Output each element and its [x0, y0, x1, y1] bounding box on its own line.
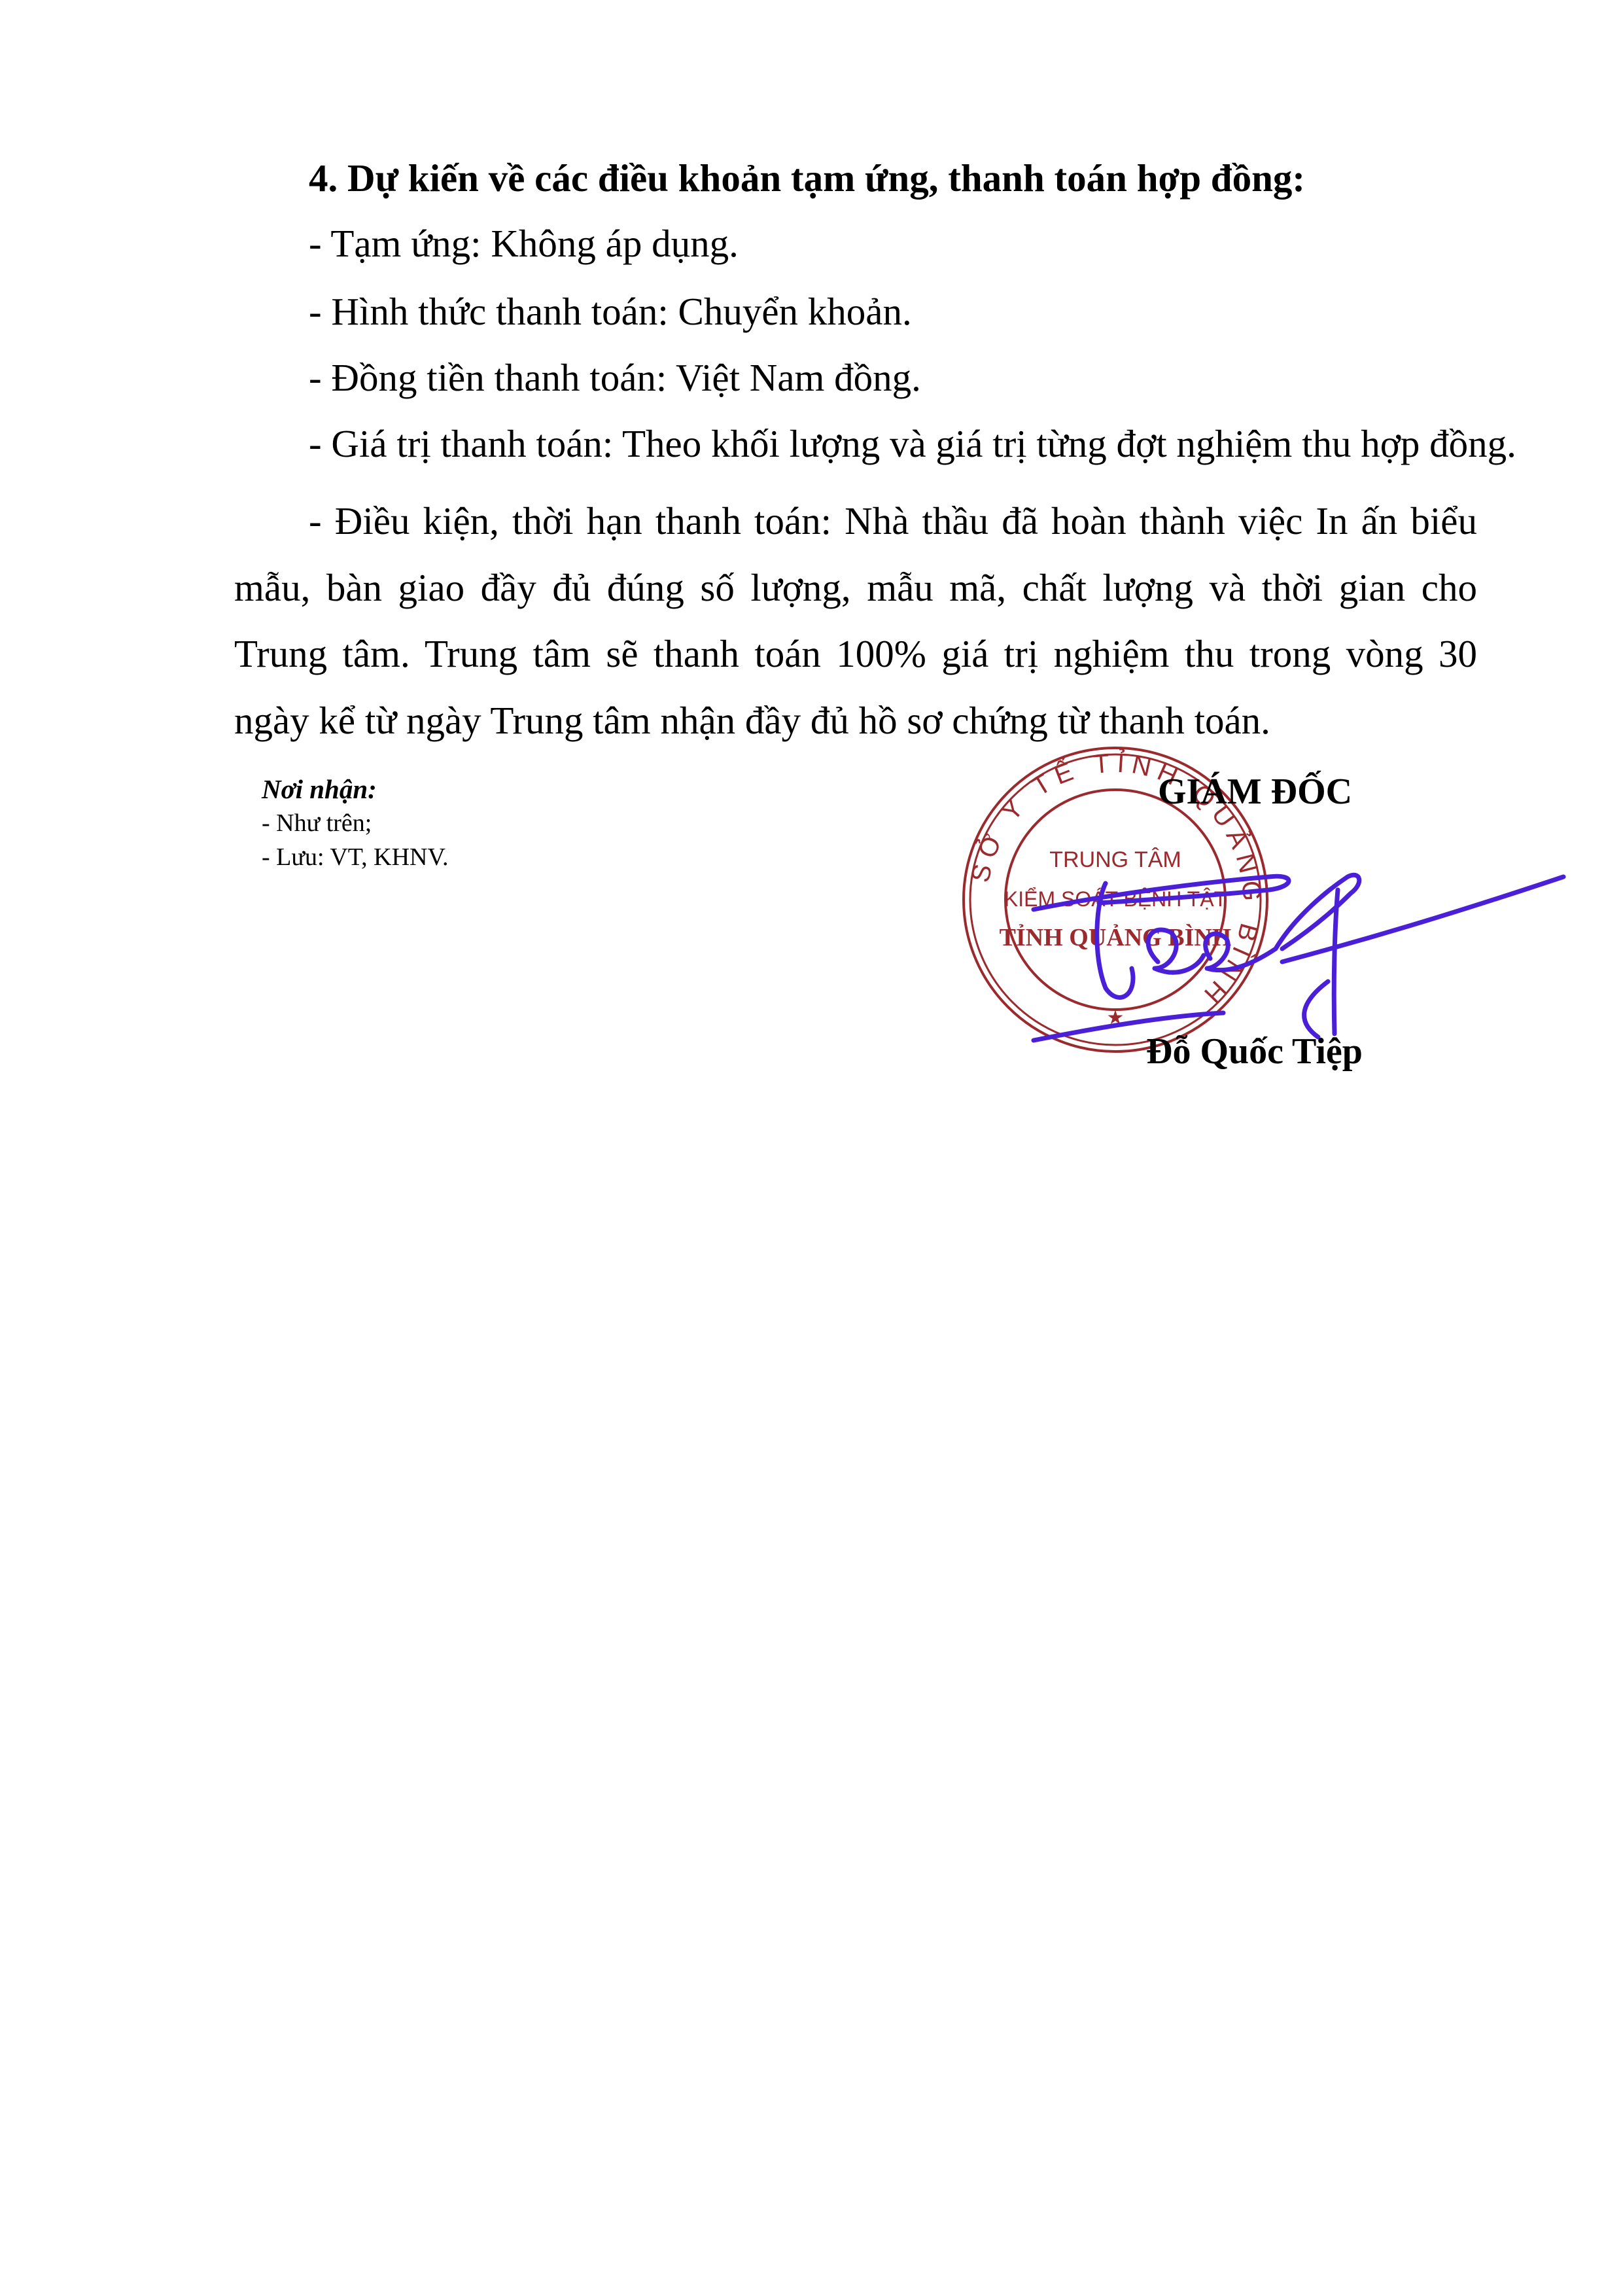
- advance-payment-item: - Tạm ứng: Không áp dụng.: [309, 221, 739, 266]
- recipients-block: Nơi nhận: - Như trên; - Lưu: VT, KHNV.: [262, 772, 449, 874]
- payment-method-item: - Hình thức thanh toán: Chuyển khoản.: [309, 289, 912, 334]
- payment-value-item: - Giá trị thanh toán: Theo khối lượng và…: [309, 421, 1516, 467]
- document-page: 4. Dự kiến về các điều khoản tạm ứng, th…: [0, 0, 1623, 2296]
- recipients-title: Nơi nhận:: [262, 772, 449, 806]
- section-heading: 4. Dự kiến về các điều khoản tạm ứng, th…: [309, 156, 1305, 201]
- signer-title: GIÁM ĐỐC: [1158, 771, 1352, 813]
- recipient-item: - Lưu: VT, KHNV.: [262, 840, 449, 874]
- currency-item: - Đồng tiền thanh toán: Việt Nam đồng.: [309, 355, 921, 400]
- signer-name: Đỗ Quốc Tiệp: [1146, 1031, 1363, 1072]
- recipient-item: - Như trên;: [262, 806, 449, 840]
- payment-conditions-paragraph: - Điều kiện, thời hạn thanh toán: Nhà th…: [234, 488, 1477, 754]
